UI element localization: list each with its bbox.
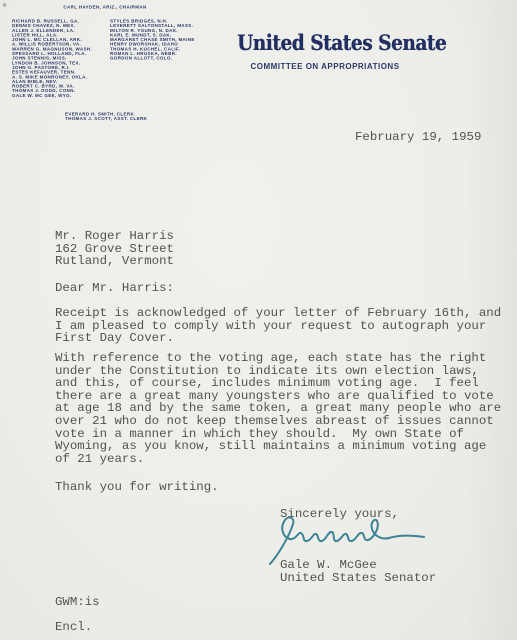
committee-name: COMMITTEE ON APPROPRIATIONS <box>225 62 425 71</box>
body-paragraph-2: With reference to the voting age, each s… <box>55 352 501 465</box>
members-column-left: RICHARD B. RUSSELL, GA.DENNIS CHAVEZ, N.… <box>12 19 92 98</box>
chairman-line: CARL HAYDEN, ARIZ., CHAIRMAN <box>0 5 210 10</box>
text-line: over 21 who do not keep themselves abrea… <box>55 415 501 428</box>
text-line: GORDON ALLOTT, COLO. <box>110 56 195 61</box>
members-column-right: STYLES BRIDGES, N.H.LEVERETT SALTONSTALL… <box>110 19 195 61</box>
text-line: of 21 years. <box>55 453 501 466</box>
enclosure-notation: Encl. <box>55 621 92 634</box>
salutation: Dear Mr. Harris: <box>55 282 174 295</box>
body-paragraph-3: Thank you for writing. <box>55 481 219 494</box>
text-line: Rutland, Vermont <box>55 255 174 268</box>
clerks-block: EVERARD H. SMITH, CLERKTHOMAS J. SCOTT, … <box>65 112 147 121</box>
date-line: February 19, 1959 <box>355 131 481 144</box>
body-paragraph-1: Receipt is acknowledged of your letter o… <box>55 307 501 345</box>
text-line: Thank you for writing. <box>55 481 219 494</box>
org-title: United States Senate <box>237 31 413 55</box>
text-line: Mr. Roger Harris <box>55 230 174 243</box>
text-line: GALE W. MC GEE, WYO. <box>12 93 92 98</box>
text-line: Receipt is acknowledged of your letter o… <box>55 307 501 320</box>
reference-initials: GWM:is <box>55 596 100 609</box>
sender-title: United States Senator <box>280 572 436 585</box>
text-line: THOMAS J. SCOTT, ASST. CLERK <box>65 117 147 122</box>
text-line: With reference to the voting age, each s… <box>55 352 501 365</box>
letter-page: ✱ CARL HAYDEN, ARIZ., CHAIRMAN RICHARD B… <box>0 0 517 640</box>
text-line: First Day Cover. <box>55 332 501 345</box>
sender-typed-name: Gale W. McGee <box>280 559 377 572</box>
recipient-address: Mr. Roger Harris162 Grove StreetRutland,… <box>55 230 174 268</box>
text-line: and this, of course, includes minimum vo… <box>55 377 501 390</box>
text-line: Wyoming, as you know, still maintains a … <box>55 440 501 453</box>
